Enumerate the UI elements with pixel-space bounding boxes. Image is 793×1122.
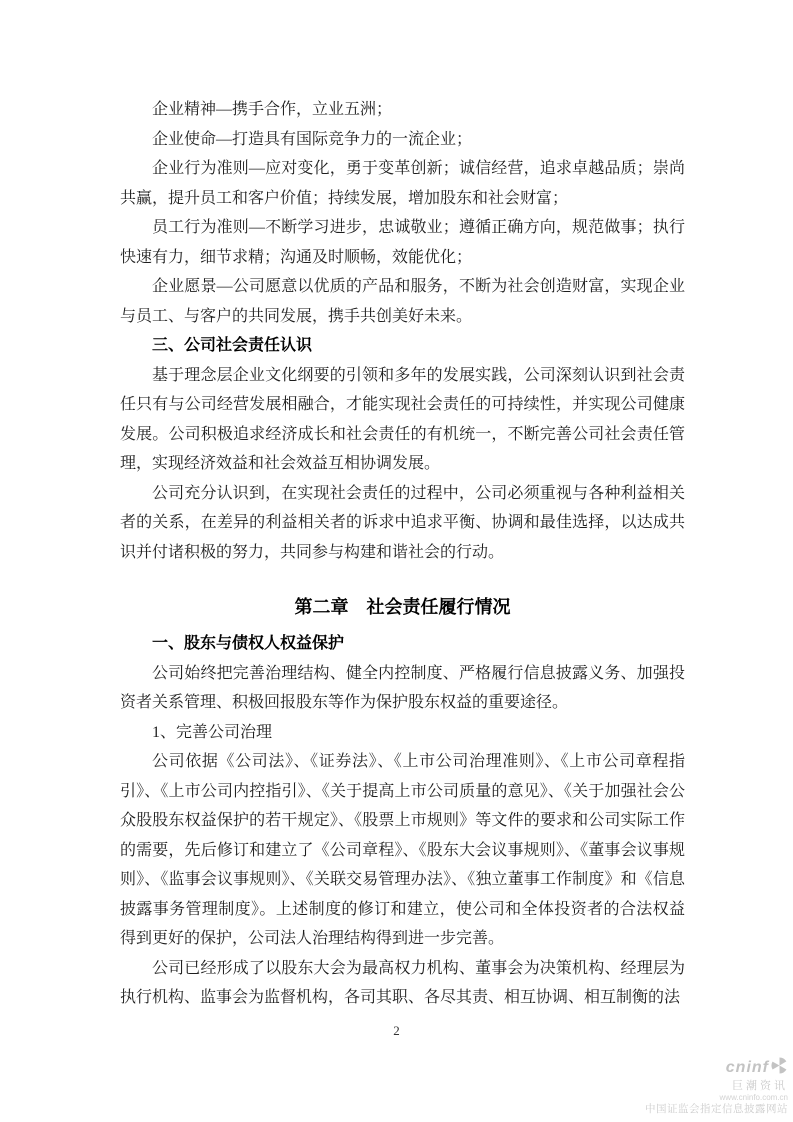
cninfo-watermark: cninf 巨潮资讯 www.cninfo.com.cn 中国证监会指定信息披露… [645, 1057, 788, 1115]
document-content: 企业精神—携手合作，立业五洲； 企业使命—打造具有国际竞争力的一流企业； 企业行… [120, 95, 685, 1013]
section-heading-csr-awareness: 三、公司社会责任认识 [120, 331, 685, 361]
paragraph: 公司已经形成了以股东大会为最高权力机构、董事会为决策机构、经理层为执行机构、监事… [120, 954, 685, 1013]
paragraph: 公司依据《公司法》、《证券法》、《上市公司治理准则》、《上市公司章程指引》、《上… [120, 747, 685, 954]
paragraph: 员工行为准则—不断学习进步，忠诚敬业；遵循正确方向，规范做事；执行快速有力，细节… [120, 213, 685, 272]
subsection-heading-governance: 1、完善公司治理 [120, 718, 685, 748]
cninfo-tagline: 中国证监会指定信息披露网站 [645, 1103, 788, 1115]
paragraph: 企业使命—打造具有国际竞争力的一流企业； [120, 125, 685, 155]
cninfo-logo-text: cninf [726, 1060, 769, 1076]
cninfo-logo: cninf [726, 1057, 788, 1079]
page-number: 2 [0, 1023, 793, 1039]
cninfo-pinwheel-icon [771, 1057, 788, 1079]
chapter-heading: 第二章 社会责任履行情况 [120, 591, 685, 623]
cninfo-url: www.cninfo.com.cn [720, 1093, 788, 1102]
paragraph: 基于理念层企业文化纲要的引领和多年的发展实践，公司深刻认识到社会责任只有与公司经… [120, 361, 685, 479]
section-heading-shareholder-rights: 一、股东与债权人权益保护 [120, 629, 685, 659]
paragraph: 公司充分认识到，在实现社会责任的过程中，公司必须重视与各种利益相关者的关系，在差… [120, 479, 685, 568]
paragraph: 公司始终把完善治理结构、健全内控制度、严格履行信息披露义务、加强投资者关系管理、… [120, 659, 685, 718]
paragraph: 企业精神—携手合作，立业五洲； [120, 95, 685, 125]
document-page: 企业精神—携手合作，立业五洲； 企业使命—打造具有国际竞争力的一流企业； 企业行… [0, 0, 793, 1122]
paragraph: 企业行为准则—应对变化，勇于变革创新；诚信经营，追求卓越品质；崇尚共赢，提升员工… [120, 154, 685, 213]
paragraph: 企业愿景—公司愿意以优质的产品和服务，不断为社会创造财富，实现企业与员工、与客户… [120, 272, 685, 331]
cninfo-brand-name: 巨潮资讯 [732, 1080, 788, 1092]
